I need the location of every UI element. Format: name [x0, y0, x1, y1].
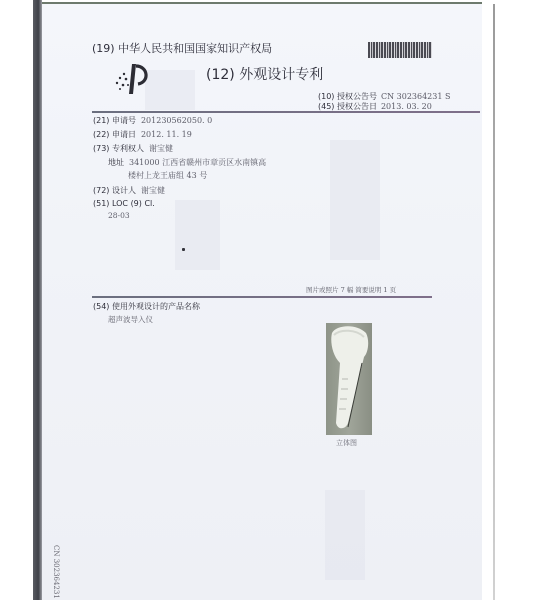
image-caption: 立体图: [336, 438, 357, 448]
header-divider: [92, 111, 480, 113]
vertical-patent-id: CN 302364231 S: [52, 545, 60, 600]
bleed-through: [145, 70, 195, 110]
application-date: (22) 申请日2012. 11. 19: [93, 129, 192, 140]
application-number-value: 201230562050. 0: [141, 116, 212, 125]
publication-number-label: (10) 授权公告号: [318, 92, 377, 101]
scan-border: [33, 0, 42, 600]
loc-label: (51) LOC (9) Cl.: [93, 199, 155, 208]
address-continued: 楼村上龙王庙组 43 号: [128, 170, 207, 181]
bleed-through: [325, 490, 365, 580]
product-image: [326, 323, 372, 435]
patent-type-title: (12) 外观设计专利: [206, 64, 323, 84]
ultrasonic-device-icon: [326, 323, 372, 435]
application-number: (21) 申请号201230562050. 0: [93, 115, 212, 126]
application-date-value: 2012. 11. 19: [141, 130, 192, 139]
patentee-value: 谢宝健: [149, 144, 173, 153]
address: 地址341000 江西省赣州市章贡区水南镇高: [108, 157, 266, 168]
publication-number-value: CN 302364231 S: [381, 92, 451, 101]
loc-classification: (51) LOC (9) Cl.: [93, 199, 155, 208]
section-divider: [92, 296, 432, 298]
patentee: (73) 专利权人谢宝健: [93, 143, 173, 154]
address-line-1: 341000 江西省赣州市章贡区水南镇高: [129, 158, 266, 167]
address-line-2: 楼村上龙王庙组 43 号: [128, 171, 207, 180]
scan-speck: [182, 248, 185, 251]
application-date-label: (22) 申请日: [93, 130, 136, 139]
scan-right-edge: [493, 4, 495, 600]
issuing-office: (19) 中华人民共和国国家知识产权局: [92, 40, 272, 56]
publication-date-value: 2013. 03. 20: [381, 102, 432, 111]
publication-date-label: (45) 授权公告日: [318, 102, 377, 111]
designer: (72) 设计人谢宝健: [93, 185, 165, 196]
product-name-label: (54) 使用外观设计的产品名称: [93, 302, 200, 311]
cnipa-logo-icon: [112, 62, 152, 96]
bleed-through: [175, 200, 220, 270]
patentee-label: (73) 专利权人: [93, 144, 144, 153]
designer-label: (72) 设计人: [93, 186, 136, 195]
designer-value: 谢宝健: [141, 186, 165, 195]
barcode-icon: [368, 42, 432, 58]
product-name-heading: (54) 使用外观设计的产品名称: [93, 301, 200, 312]
application-number-label: (21) 申请号: [93, 116, 136, 125]
summary-note: 图片或照片 7 幅 简要说明 1 页: [306, 285, 396, 294]
product-name: 超声波导入仪: [108, 314, 153, 325]
loc-value: 28-03: [108, 211, 130, 220]
address-label: 地址: [108, 158, 124, 167]
page-top-edge: [42, 2, 482, 4]
bleed-through: [330, 140, 380, 260]
